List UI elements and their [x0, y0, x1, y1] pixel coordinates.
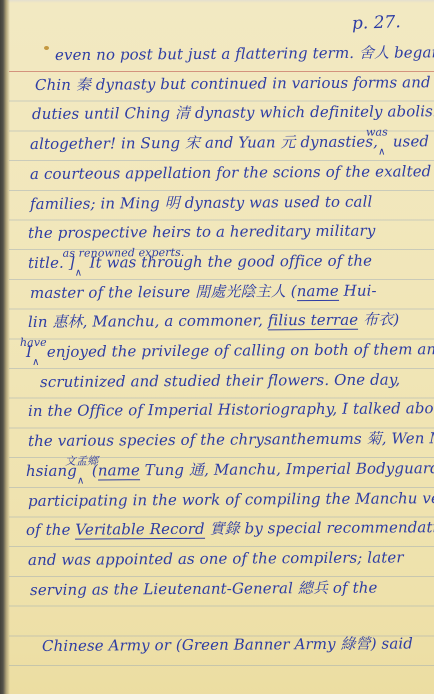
- manuscript-line: Ihave∧ enjoyed the privilege of calling …: [26, 340, 434, 362]
- scan-bottom-edge: [0, 694, 434, 700]
- manuscript-line: a courteous appellation for the scions o…: [30, 162, 431, 184]
- caret-mark: ∧: [378, 148, 385, 158]
- manuscript-line: families; in Ming 明 dynasty was used to …: [30, 192, 372, 214]
- manuscript-line: scrutinized and studied their flowers. O…: [40, 370, 400, 392]
- text-segment: in the Office of Imperial Historiography…: [28, 399, 434, 420]
- text-segment: Chinese Army or (Green Banner Army 綠營) s…: [42, 635, 413, 656]
- text-segment: even no post but just a flattering term.…: [55, 43, 434, 64]
- text-segment: the prospective heirs to a hereditary mi…: [28, 222, 375, 242]
- text-segment: lin 惠林, Manchu, a commoner,: [28, 312, 268, 332]
- manuscript-line: the various species of the chrysanthemum…: [28, 429, 434, 452]
- caret-mark: ∧: [32, 358, 39, 368]
- manuscript-line: serving as the Lieutenant-General 總兵 of …: [30, 578, 378, 600]
- manuscript-line: the prospective heirs to a hereditary mi…: [28, 222, 376, 244]
- manuscript-line: lin 惠林, Manchu, a commoner, filius terra…: [28, 311, 399, 333]
- text-segment: used as: [388, 132, 434, 150]
- caret-mark: ∧: [77, 476, 84, 486]
- manuscript-line: participating in the work of compiling t…: [28, 488, 434, 511]
- underlined-text: name: [98, 461, 140, 480]
- manuscript-line: hsiang文孟鄉∧ (name Tung 通, Manchu, Imperia…: [26, 459, 434, 481]
- manuscript-line: duties until Ching 清 dynasty which defin…: [32, 102, 434, 124]
- text-segment: scrutinized and studied their flowers. O…: [40, 370, 400, 391]
- text-segment: Chin 秦 dynasty but continued in various …: [35, 73, 431, 94]
- caret-mark: ∧: [75, 269, 82, 279]
- manuscript-line: Chinese Army or (Green Banner Army 綠營) s…: [42, 635, 413, 657]
- underlined-text: name: [297, 281, 339, 300]
- manuscript-line: Chin 秦 dynasty but continued in various …: [35, 73, 431, 95]
- text-segment: participating in the work of compiling t…: [28, 488, 434, 509]
- text-segment: duties until Ching 清 dynasty which defin…: [32, 102, 434, 123]
- manuscript-line: of the Veritable Record 實錄 by special re…: [26, 518, 434, 541]
- scan-left-edge: [0, 0, 10, 700]
- underlined-text: filius terrae: [268, 311, 359, 331]
- underlined-text: Veritable Record: [75, 520, 204, 540]
- manuscript-line: in the Office of Imperial Historiography…: [28, 399, 434, 421]
- text-segment: Hui-: [339, 281, 377, 299]
- text-segment: Tung 通, Manchu, Imperial Bodyguard,: [140, 459, 434, 479]
- manuscript-line: title. ]as renowned experts.∧ It was thr…: [28, 251, 372, 273]
- text-segment: and was appointed as one of the compiler…: [28, 548, 404, 569]
- manuscript-page: p. 27. even no post but just a flatterin…: [0, 0, 434, 700]
- text-segment: a courteous appellation for the scions o…: [30, 162, 431, 183]
- manuscript-line: master of the leisure 閒處光陰主人 (name Hui-: [30, 281, 377, 303]
- manuscript-line: altogether! in Sung 宋 and Yuan 元 dynasti…: [30, 132, 434, 154]
- text-segment: master of the leisure 閒處光陰主人 (: [30, 282, 297, 302]
- text-segment: of the: [26, 521, 76, 539]
- text-segment: families; in Ming 明 dynasty was used to …: [30, 192, 372, 212]
- text-segment: the various species of the chrysanthemum…: [28, 429, 434, 450]
- text-segment: serving as the Lieutenant-General 總兵 of …: [30, 578, 378, 598]
- text-segment: enjoyed the privilege of calling on both…: [42, 340, 434, 361]
- text-segment: altogether! in Sung 宋 and Yuan 元 dynasti…: [30, 133, 378, 153]
- text-segment: 實錄 by special recommendation: [205, 518, 434, 538]
- manuscript-line: and was appointed as one of the compiler…: [28, 548, 404, 570]
- manuscript-line: even no post but just a flattering term.…: [55, 43, 434, 65]
- manuscript-lines: even no post but just a flattering term.…: [0, 0, 434, 700]
- text-segment: 布衣): [358, 311, 399, 329]
